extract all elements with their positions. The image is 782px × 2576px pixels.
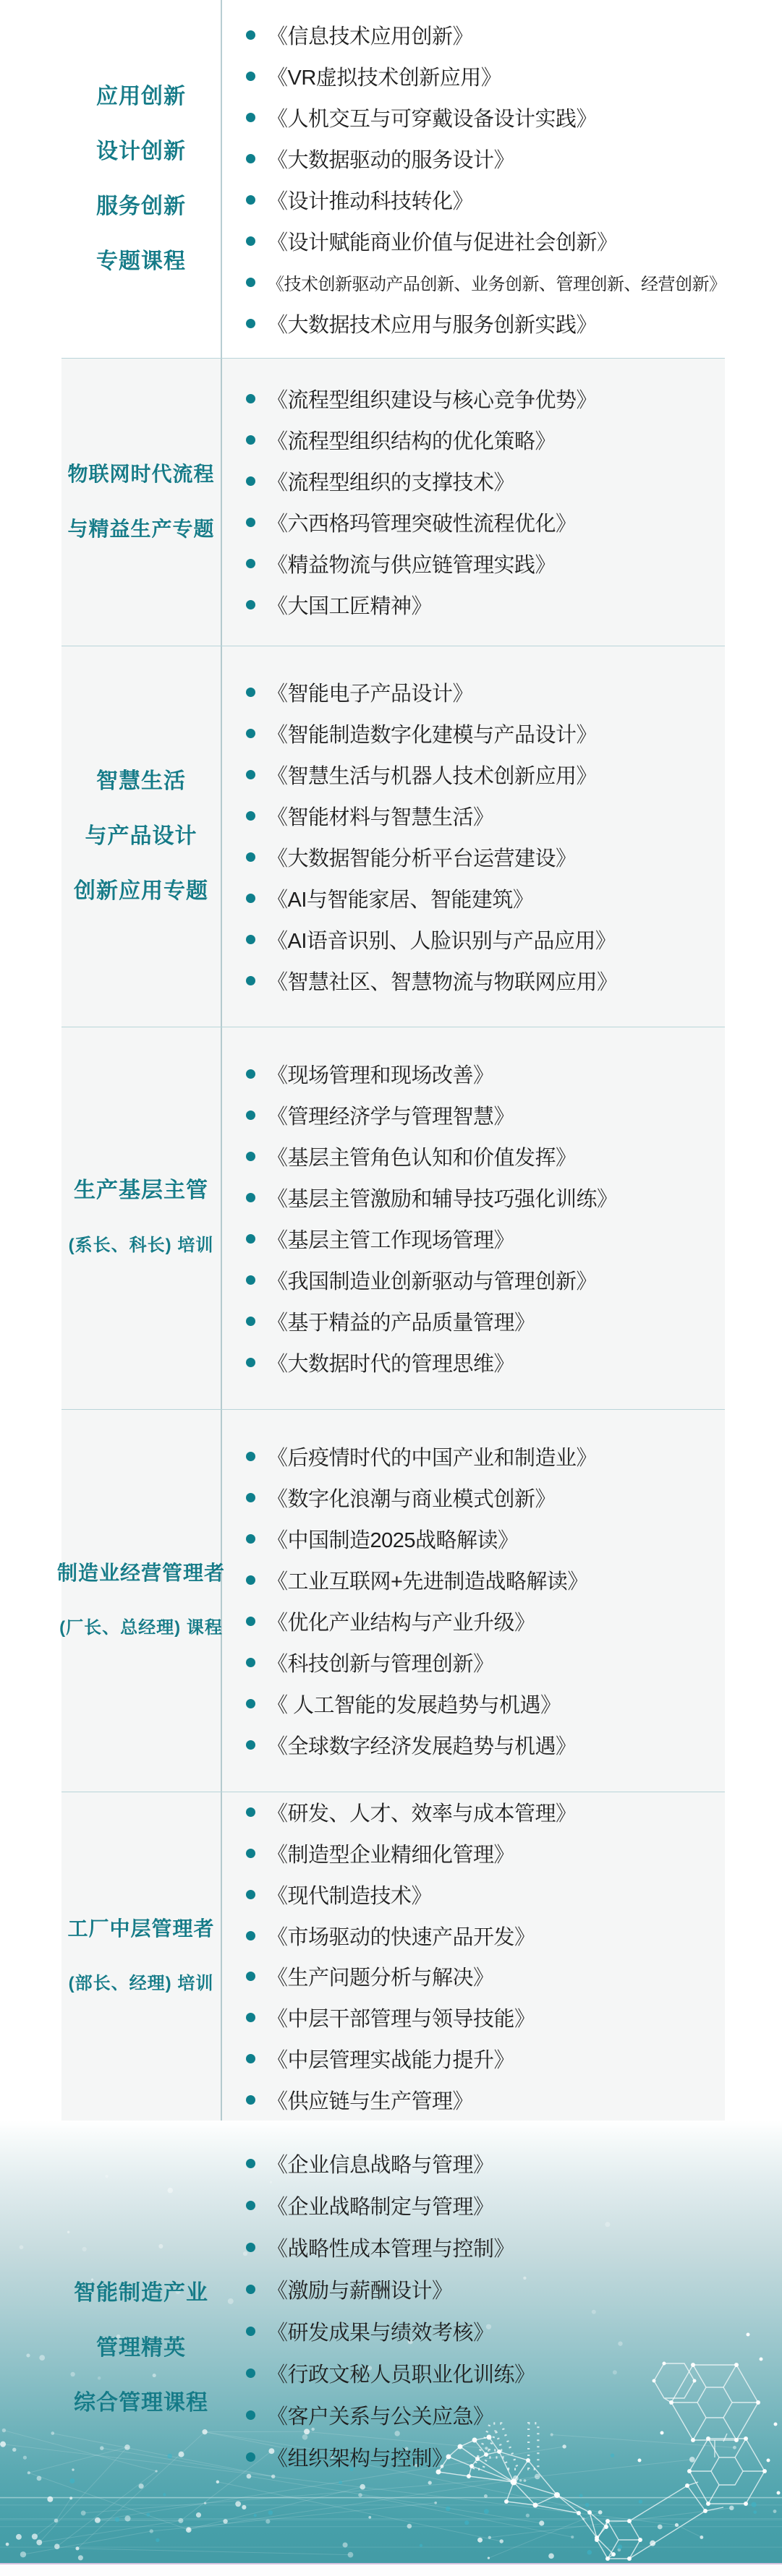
bullet-icon xyxy=(246,1317,255,1326)
course-list: 《现场管理和现场改善》《管理经济学与管理智慧》《基层主管角色认知和价值发挥》《基… xyxy=(246,1027,782,1409)
course-item: 《大数据智能分析平台运营建设》 xyxy=(246,836,782,878)
bullet-icon xyxy=(246,1931,255,1940)
bullet-icon xyxy=(246,2243,255,2252)
course-title: 《大数据驱动的服务设计》 xyxy=(267,144,514,174)
course-title: 《流程型组织建设与核心竞争优势》 xyxy=(267,384,597,414)
course-title: 《流程型组织结构的优化策略》 xyxy=(267,425,556,455)
bullet-icon xyxy=(246,2452,255,2462)
course-item: 《设计推动科技转化》 xyxy=(246,179,782,221)
label-line: (系长、科长) 培训 xyxy=(69,1218,214,1273)
course-list: 《研发、人才、效率与成本管理》《制造型企业精细化管理》《现代制造技术》《市场驱动… xyxy=(246,1792,782,2121)
course-item: 《人机交互与可穿戴设备设计实践》 xyxy=(246,97,782,138)
course-title: 《大国工匠精神》 xyxy=(267,590,432,620)
course-title: 《现场管理和现场改善》 xyxy=(267,1059,494,1089)
course-title: 《激励与薪酬设计》 xyxy=(267,2275,453,2304)
course-title: 《大数据智能分析平台运营建设》 xyxy=(267,842,577,872)
course-title: 《工业互联网+先进制造战略解读》 xyxy=(267,1565,588,1595)
course-title: 《信息技术应用创新》 xyxy=(267,20,473,50)
section-label: 制造业经营管理者(厂长、总经理) 课程 xyxy=(52,1409,230,1792)
section-applied-innovation: 应用创新设计创新服务创新专题课程 《信息技术应用创新》《VR虚拟技术创新应用》《… xyxy=(0,0,782,358)
bullet-icon xyxy=(246,1111,255,1120)
bullet-icon xyxy=(246,2327,255,2336)
course-item: 《基于精益的产品质量管理》 xyxy=(246,1301,782,1342)
label-line: 智慧生活 xyxy=(96,754,186,809)
bullet-icon xyxy=(246,1452,255,1461)
bullet-icon xyxy=(246,1152,255,1161)
bullet-icon xyxy=(246,236,255,246)
course-item: 《基层主管工作现场管理》 xyxy=(246,1218,782,1259)
course-item: 《客户关系与公关应急》 xyxy=(246,2394,782,2436)
course-item: 《大数据技术应用与服务创新实践》 xyxy=(246,303,782,344)
course-item: 《精益物流与供应链管理实践》 xyxy=(246,543,782,584)
course-title: 《设计赋能商业价值与促进社会创新》 xyxy=(267,226,618,256)
bullet-icon xyxy=(246,559,255,568)
course-item: 《技术创新驱动产品创新、业务创新、管理创新、经营创新》 xyxy=(246,262,782,303)
course-item: 《后疫情时代的中国产业和制造业》 xyxy=(246,1436,782,1477)
section-label: 智能制造产业管理精英综合管理课程 xyxy=(52,2121,230,2576)
course-title: 《供应链与生产管理》 xyxy=(267,2085,473,2115)
course-item: 《供应链与生产管理》 xyxy=(246,2079,782,2121)
bullet-icon xyxy=(246,894,255,903)
course-item: 《组织架构与控制》 xyxy=(246,2436,782,2478)
label-line: 与产品设计 xyxy=(85,809,197,864)
course-list: 《流程型组织建设与核心竞争优势》《流程型组织结构的优化策略》《流程型组织的支撑技… xyxy=(246,358,782,646)
course-item: 《研发、人才、效率与成本管理》 xyxy=(246,1792,782,1833)
course-item: 《研发成果与绩效考核》 xyxy=(246,2310,782,2352)
bullet-icon xyxy=(246,2095,255,2105)
bullet-icon xyxy=(246,154,255,163)
bullet-icon xyxy=(246,2159,255,2168)
course-item: 《六西格玛管理突破性流程优化》 xyxy=(246,502,782,543)
bullet-icon xyxy=(246,2054,255,2063)
course-item: 《管理经济学与管理智慧》 xyxy=(246,1095,782,1136)
bullet-icon xyxy=(246,935,255,944)
course-item: 《AI语音识别、人脸识别与产品应用》 xyxy=(246,919,782,960)
course-title: 《VR虚拟技术创新应用》 xyxy=(267,61,501,91)
label-line: 设计创新 xyxy=(96,124,186,179)
label-line: 工厂中层管理者 xyxy=(67,1901,214,1956)
course-item: 《大数据驱动的服务设计》 xyxy=(246,138,782,179)
course-item: 《企业信息战略与管理》 xyxy=(246,2142,782,2184)
bullet-icon xyxy=(246,1658,255,1667)
label-line: (厂长、总经理) 课程 xyxy=(59,1601,223,1656)
bullet-icon xyxy=(246,770,255,779)
course-title: 《人机交互与可穿戴设备设计实践》 xyxy=(267,103,597,132)
course-item: 《基层主管角色认知和价值发挥》 xyxy=(246,1136,782,1177)
section-label: 智慧生活与产品设计创新应用专题 xyxy=(52,646,230,1027)
bullet-icon xyxy=(246,1493,255,1502)
course-item: 《流程型组织建设与核心竞争优势》 xyxy=(246,378,782,419)
course-title: 《组织架构与控制》 xyxy=(267,2442,453,2472)
bullet-icon xyxy=(246,1972,255,1981)
course-item: 《中层管理实战能力提升》 xyxy=(246,2038,782,2079)
course-title: 《AI与智能家居、智能建筑》 xyxy=(267,883,533,913)
course-title: 《流程型组织的支撑技术》 xyxy=(267,466,514,496)
label-line: 综合管理课程 xyxy=(74,2376,208,2431)
bullet-icon xyxy=(246,1740,255,1750)
course-title: 《智能电子产品设计》 xyxy=(267,677,473,707)
course-item: 《智慧社区、智慧物流与物联网应用》 xyxy=(246,960,782,1001)
course-title: 《基于精益的产品质量管理》 xyxy=(267,1306,535,1336)
label-line: 专题课程 xyxy=(96,234,186,289)
course-title: 《数字化浪潮与商业模式创新》 xyxy=(267,1483,556,1512)
course-item: 《智能电子产品设计》 xyxy=(246,672,782,713)
course-title: 《 人工智能的发展趋势与机遇》 xyxy=(267,1689,561,1719)
course-title: 《智慧生活与机器人技术创新应用》 xyxy=(267,760,597,790)
bullet-icon xyxy=(246,976,255,985)
course-title: 《研发、人才、效率与成本管理》 xyxy=(267,1797,577,1827)
bullet-icon xyxy=(246,278,255,287)
bullet-icon xyxy=(246,811,255,821)
course-item: 《 人工智能的发展趋势与机遇》 xyxy=(246,1683,782,1724)
course-title: 《我国制造业创新驱动与管理创新》 xyxy=(267,1265,597,1295)
course-item: 《智慧生活与机器人技术创新应用》 xyxy=(246,754,782,795)
course-item: 《行政文秘人员职业化训练》 xyxy=(246,2352,782,2394)
label-line: 管理精英 xyxy=(96,2321,186,2376)
bullet-icon xyxy=(246,1534,255,1544)
bullet-icon xyxy=(246,72,255,81)
label-line: 制造业经营管理者 xyxy=(57,1546,225,1601)
bullet-icon xyxy=(246,1807,255,1817)
course-title: 《智慧社区、智慧物流与物联网应用》 xyxy=(267,966,618,996)
bullet-icon xyxy=(246,1617,255,1626)
course-item: 《工业互联网+先进制造战略解读》 xyxy=(246,1559,782,1601)
bullet-icon xyxy=(246,729,255,738)
course-item: 《我国制造业创新驱动与管理创新》 xyxy=(246,1259,782,1301)
course-title: 《智能制造数字化建模与产品设计》 xyxy=(267,719,597,748)
course-title: 《六西格玛管理突破性流程优化》 xyxy=(267,508,577,537)
section-smart-life-product-design: 智慧生活与产品设计创新应用专题 《智能电子产品设计》《智能制造数字化建模与产品设… xyxy=(0,646,782,1027)
course-title: 《企业战略制定与管理》 xyxy=(267,2191,494,2220)
section-iot-lean-production: 物联网时代流程与精益生产专题 《流程型组织建设与核心竞争优势》《流程型组织结构的… xyxy=(0,358,782,646)
course-item: 《现代制造技术》 xyxy=(246,1874,782,1915)
course-title: 《优化产业结构与产业升级》 xyxy=(267,1606,535,1636)
label-line: 生产基层主管 xyxy=(74,1163,208,1218)
bullet-icon xyxy=(246,394,255,403)
course-title: 《设计推动科技转化》 xyxy=(267,185,473,215)
course-item: 《智能材料与智慧生活》 xyxy=(246,795,782,836)
bullet-icon xyxy=(246,2369,255,2378)
bullet-icon xyxy=(246,518,255,527)
course-item: 《优化产业结构与产业升级》 xyxy=(246,1601,782,1642)
course-item: 《制造型企业精细化管理》 xyxy=(246,1833,782,1874)
bullet-icon xyxy=(246,1234,255,1244)
bullet-icon xyxy=(246,1275,255,1285)
bullet-icon xyxy=(246,1193,255,1202)
course-item: 《市场驱动的快速产品开发》 xyxy=(246,1915,782,1956)
course-title: 《全球数字经济发展趋势与机遇》 xyxy=(267,1730,577,1760)
course-title: 《AI语音识别、人脸识别与产品应用》 xyxy=(267,925,616,954)
course-title: 《行政文秘人员职业化训练》 xyxy=(267,2358,535,2388)
bullet-icon xyxy=(246,1849,255,1858)
bullet-icon xyxy=(246,1069,255,1079)
section-factory-middle-managers: 工厂中层管理者(部长、经理) 培训 《研发、人才、效率与成本管理》《制造型企业精… xyxy=(0,1792,782,2121)
label-line: (部长、经理) 培训 xyxy=(69,1956,214,2011)
section-label: 工厂中层管理者(部长、经理) 培训 xyxy=(52,1792,230,2121)
course-list: 《智能电子产品设计》《智能制造数字化建模与产品设计》《智慧生活与机器人技术创新应… xyxy=(246,646,782,1027)
bullet-icon xyxy=(246,195,255,205)
course-item: 《信息技术应用创新》 xyxy=(246,14,782,56)
course-item: 《全球数字经济发展趋势与机遇》 xyxy=(246,1724,782,1766)
bullet-icon xyxy=(246,476,255,486)
course-item: 《VR虚拟技术创新应用》 xyxy=(246,56,782,97)
course-item: 《流程型组织结构的优化策略》 xyxy=(246,419,782,461)
course-title: 《客户关系与公关应急》 xyxy=(267,2400,494,2430)
course-list: 《企业信息战略与管理》《企业战略制定与管理》《战略性成本管理与控制》《激励与薪酬… xyxy=(246,2121,782,2576)
section-manufacturing-executives: 制造业经营管理者(厂长、总经理) 课程 《后疫情时代的中国产业和制造业》《数字化… xyxy=(0,1409,782,1792)
course-title: 《基层主管激励和辅导技巧强化训练》 xyxy=(267,1183,618,1212)
bullet-icon xyxy=(246,2410,255,2420)
bullet-icon xyxy=(246,688,255,697)
bullet-icon xyxy=(246,2285,255,2294)
bullet-icon xyxy=(246,1575,255,1585)
section-label: 物联网时代流程与精益生产专题 xyxy=(52,358,230,646)
course-title: 《基层主管工作现场管理》 xyxy=(267,1224,514,1254)
label-line: 服务创新 xyxy=(96,179,186,234)
course-title: 《科技创新与管理创新》 xyxy=(267,1648,494,1677)
course-title: 《精益物流与供应链管理实践》 xyxy=(267,549,556,578)
course-item: 《科技创新与管理创新》 xyxy=(246,1642,782,1683)
bullet-icon xyxy=(246,30,255,40)
course-title: 《后疫情时代的中国产业和制造业》 xyxy=(267,1442,597,1471)
course-title: 《研发成果与绩效考核》 xyxy=(267,2316,494,2346)
course-item: 《大国工匠精神》 xyxy=(246,584,782,625)
course-item: 《战略性成本管理与控制》 xyxy=(246,2226,782,2268)
course-title: 《生产问题分析与解决》 xyxy=(267,1961,494,1991)
label-line: 物联网时代流程 xyxy=(67,447,214,502)
course-item: 《中国制造2025战略解读》 xyxy=(246,1518,782,1559)
course-title: 《管理经济学与管理智慧》 xyxy=(267,1100,514,1130)
bullet-icon xyxy=(246,435,255,445)
label-line: 与精益生产专题 xyxy=(67,502,214,557)
course-item: 《大数据时代的管理思维》 xyxy=(246,1342,782,1383)
section-label: 应用创新设计创新服务创新专题课程 xyxy=(52,0,230,358)
course-item: 《企业战略制定与管理》 xyxy=(246,2184,782,2226)
course-title: 《大数据时代的管理思维》 xyxy=(267,1348,514,1377)
course-item: 《生产问题分析与解决》 xyxy=(246,1956,782,1998)
course-item: 《设计赋能商业价值与促进社会创新》 xyxy=(246,221,782,262)
course-title: 《制造型企业精细化管理》 xyxy=(267,1839,514,1868)
course-title: 《市场驱动的快速产品开发》 xyxy=(267,1921,535,1951)
course-title: 《中国制造2025战略解读》 xyxy=(267,1524,519,1554)
section-label: 生产基层主管(系长、科长) 培训 xyxy=(52,1027,230,1409)
bullet-icon xyxy=(246,113,255,122)
course-item: 《数字化浪潮与商业模式创新》 xyxy=(246,1477,782,1518)
bullet-icon xyxy=(246,2201,255,2210)
bullet-icon xyxy=(246,2013,255,2022)
course-title: 《现代制造技术》 xyxy=(267,1880,432,1909)
label-line: 应用创新 xyxy=(96,69,186,124)
section-frontline-supervisor-training: 生产基层主管(系长、科长) 培训 《现场管理和现场改善》《管理经济学与管理智慧》… xyxy=(0,1027,782,1409)
course-title: 《企业信息战略与管理》 xyxy=(267,2149,494,2178)
course-list: 《信息技术应用创新》《VR虚拟技术创新应用》《人机交互与可穿戴设备设计实践》《大… xyxy=(246,0,782,358)
course-item: 《流程型组织的支撑技术》 xyxy=(246,461,782,502)
course-title: 《中层干部管理与领导技能》 xyxy=(267,2003,535,2032)
course-item: 《基层主管激励和辅导技巧强化训练》 xyxy=(246,1177,782,1218)
course-title: 《中层管理实战能力提升》 xyxy=(267,2044,514,2074)
course-title: 《智能材料与智慧生活》 xyxy=(267,801,494,831)
bullet-icon xyxy=(246,1890,255,1899)
label-line: 创新应用专题 xyxy=(74,864,208,919)
course-item: 《AI与智能家居、智能建筑》 xyxy=(246,878,782,919)
section-smart-manufacturing-elite: 智能制造产业管理精英综合管理课程 《企业信息战略与管理》《企业战略制定与管理》《… xyxy=(0,2121,782,2576)
label-line: 智能制造产业 xyxy=(74,2266,208,2321)
bullet-icon xyxy=(246,1699,255,1708)
bullet-icon xyxy=(246,852,255,862)
course-title: 《技术创新驱动产品创新、业务创新、管理创新、经营创新》 xyxy=(267,270,726,295)
course-title: 《基层主管角色认知和价值发挥》 xyxy=(267,1142,577,1171)
course-item: 《中层干部管理与领导技能》 xyxy=(246,1997,782,2038)
course-title: 《战略性成本管理与控制》 xyxy=(267,2233,514,2262)
bullet-icon xyxy=(246,600,255,609)
course-title: 《大数据技术应用与服务创新实践》 xyxy=(267,309,597,338)
bullet-icon xyxy=(246,319,255,328)
course-item: 《智能制造数字化建模与产品设计》 xyxy=(246,713,782,754)
course-item: 《激励与薪酬设计》 xyxy=(246,2268,782,2310)
bullet-icon xyxy=(246,1358,255,1367)
course-list: 《后疫情时代的中国产业和制造业》《数字化浪潮与商业模式创新》《中国制造2025战… xyxy=(246,1409,782,1792)
course-item: 《现场管理和现场改善》 xyxy=(246,1053,782,1095)
